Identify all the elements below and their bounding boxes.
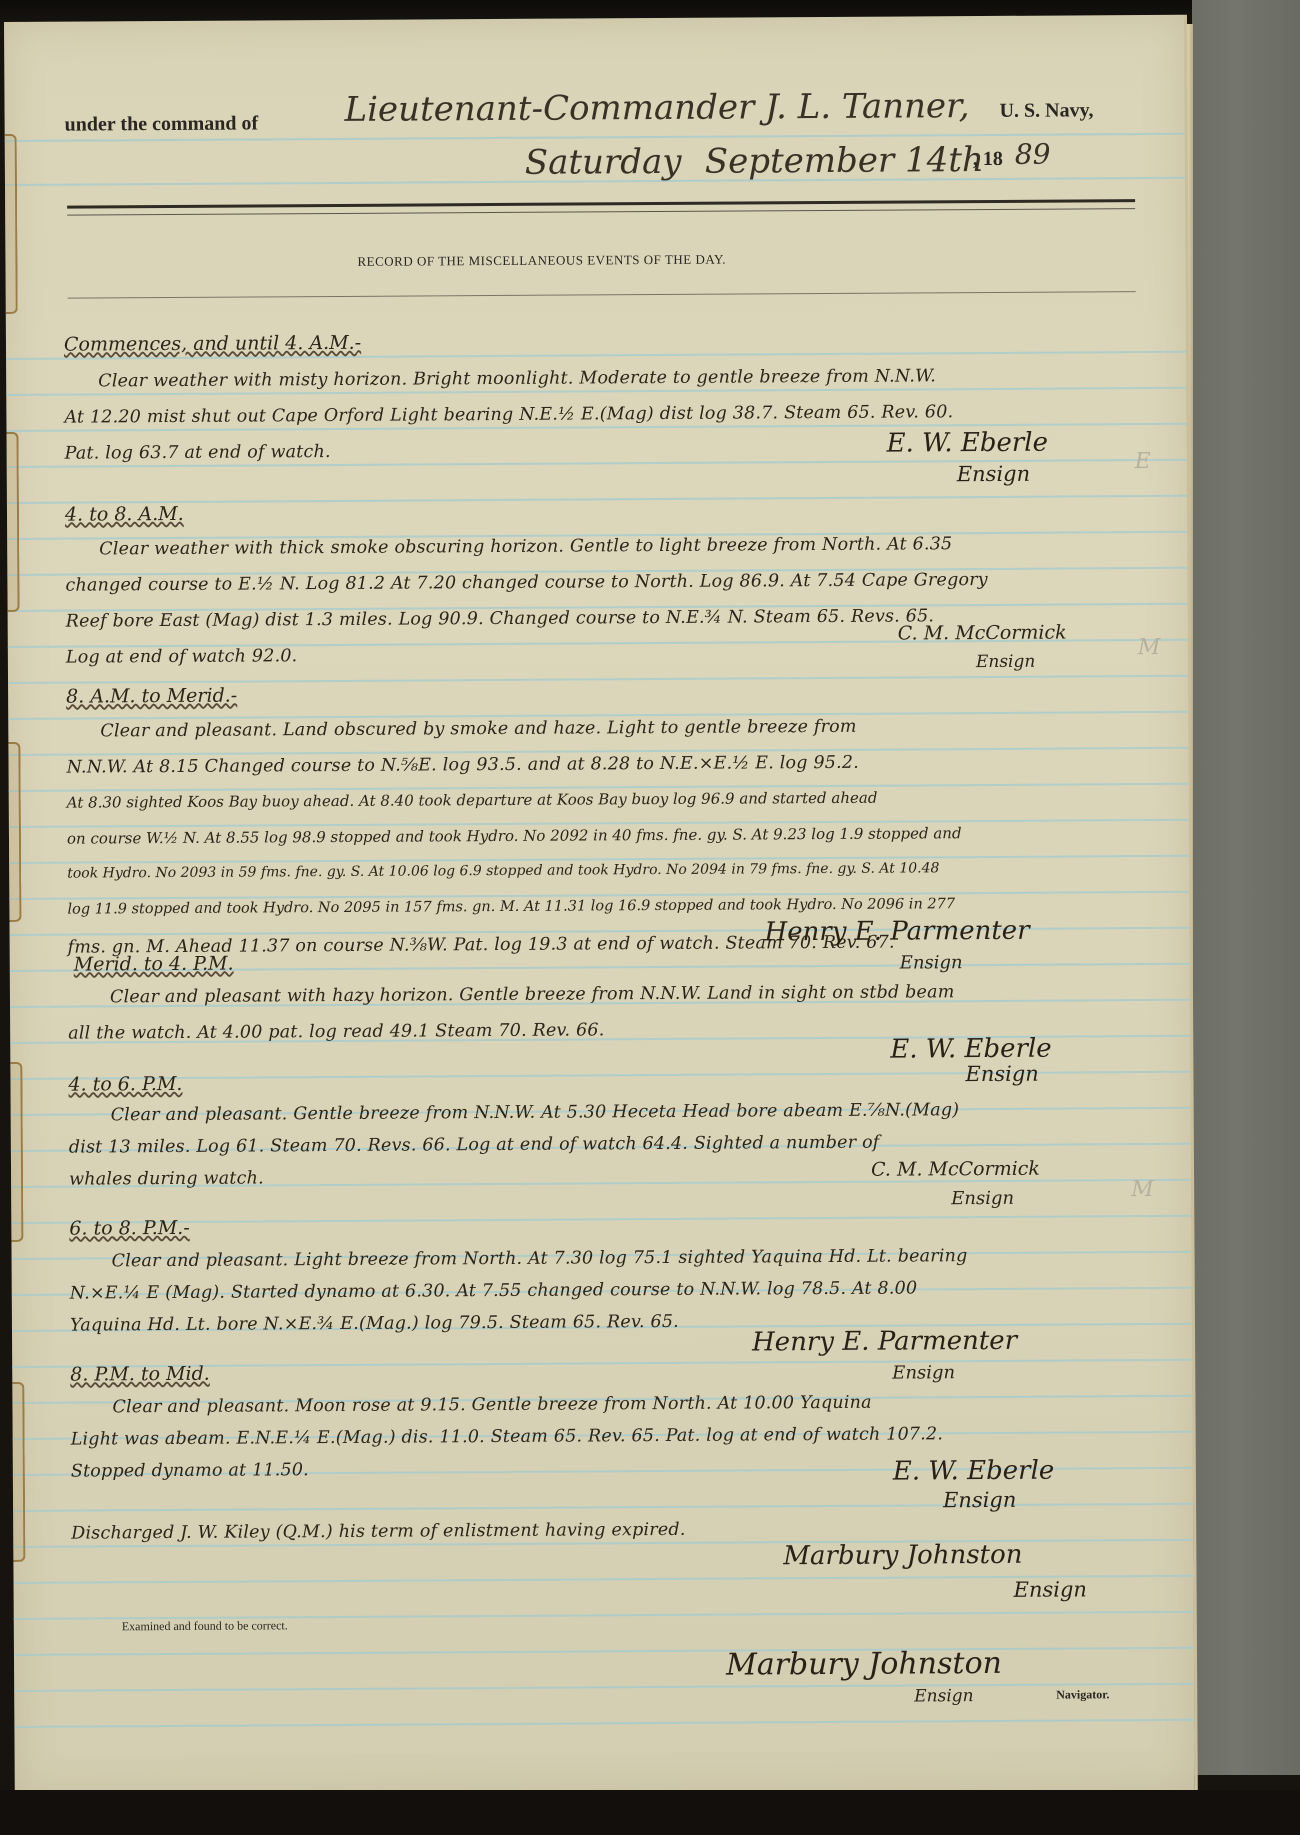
binding-tab xyxy=(8,742,21,922)
officer-rank: Ensign xyxy=(957,462,1030,486)
officer-signature: E. W. Eberle xyxy=(890,1034,1052,1065)
commander-name: Lieutenant-Commander J. L. Tanner, xyxy=(344,86,969,130)
watch-line: N.×E.¼ E (Mag). Started dynamo at 6.30. … xyxy=(70,1278,918,1303)
binding-tab xyxy=(12,1382,25,1562)
watch-line: Yaquina Hd. Lt. bore N.×E.¾ E.(Mag.) log… xyxy=(70,1312,679,1336)
watch-line: Stopped dynamo at 11.50. xyxy=(71,1460,309,1481)
watch-line: all the watch. At 4.00 pat. log read 49.… xyxy=(68,1020,604,1043)
watch-line: Clear and pleasant. Moon rose at 9.15. G… xyxy=(112,1393,871,1418)
officer-rank: Ensign xyxy=(976,652,1035,672)
watch-line: Reef bore East (Mag) dist 1.3 miles. Log… xyxy=(66,606,935,631)
watch-line: Clear and pleasant. Light breeze from No… xyxy=(112,1246,968,1271)
watch-line: Light was abeam. E.N.E.¼ E.(Mag.) dis. 1… xyxy=(71,1424,944,1449)
officer-signature: Henry E. Parmenter xyxy=(752,1326,1017,1358)
margin-mark: M xyxy=(1131,1177,1154,1202)
remarks-text: Discharged J. W. Kiley (Q.M.) his term o… xyxy=(71,1520,685,1544)
watch-line: Clear weather with thick smoke obscuring… xyxy=(99,534,952,559)
watch-heading: 4. to 8. A.M. xyxy=(65,503,184,526)
officer-rank: Ensign xyxy=(951,1188,1014,1209)
scan-backdrop-bottom xyxy=(0,1790,1300,1835)
officer-signature: Henry E. Parmenter xyxy=(764,916,1029,948)
watch-line: Log at end of watch 92.0. xyxy=(66,646,298,667)
watch-heading: 8. A.M. to Merid.- xyxy=(66,685,237,708)
officer-rank: Ensign xyxy=(892,1362,955,1383)
watch-heading: 8. P.M. to Mid. xyxy=(70,1363,210,1386)
navigator-rank: Ensign xyxy=(914,1686,973,1706)
watch-heading: 4. to 6. P.M. xyxy=(68,1073,182,1096)
officer-rank: Ensign xyxy=(943,1488,1016,1512)
watch-line: At 8.30 sighted Koos Bay buoy ahead. At … xyxy=(67,789,878,812)
date-month-day: September 14th xyxy=(705,140,984,182)
watch-line: Pat. log 63.7 at end of watch. xyxy=(65,442,331,464)
ruled-line xyxy=(14,1719,1194,1728)
ruled-line xyxy=(8,675,1188,684)
section-rule xyxy=(68,291,1136,299)
ruled-line xyxy=(14,1647,1194,1656)
binding-tab xyxy=(10,1062,23,1242)
navigator-label: Navigator. xyxy=(1056,1687,1109,1702)
watch-heading: 6. to 8. P.M.- xyxy=(69,1217,189,1240)
date-day: Saturday xyxy=(525,142,682,183)
logbook-page: under the command of Lieutenant-Commande… xyxy=(4,15,1198,1798)
year-suffix: 89 xyxy=(1015,138,1051,171)
officer-rank: Ensign xyxy=(965,1062,1038,1086)
section-title: RECORD OF THE MISCELLANEOUS EVENTS OF TH… xyxy=(357,252,726,270)
watch-line: changed course to E.½ N. Log 81.2 At 7.2… xyxy=(65,570,988,596)
officer-signature: E. W. Eberle xyxy=(893,1456,1055,1487)
watch-line: At 12.20 mist shut out Cape Orford Light… xyxy=(64,402,953,427)
service-label: U. S. Navy, xyxy=(999,99,1093,123)
command-label: under the command of xyxy=(65,112,259,136)
header-double-rule xyxy=(67,199,1135,216)
watch-line: log 11.9 stopped and took Hydro. No 2095… xyxy=(67,896,955,917)
margin-mark: M xyxy=(1138,635,1161,660)
binding-tab xyxy=(7,432,20,612)
watch-line: N.N.W. At 8.15 Changed course to N.⅝E. l… xyxy=(66,753,859,778)
watch-line: took Hydro. No 2093 in 59 fms. fne. gy. … xyxy=(67,860,939,881)
watch-line: Clear weather with misty horizon. Bright… xyxy=(98,366,936,391)
watch-line: dist 13 miles. Log 61. Steam 70. Revs. 6… xyxy=(69,1133,880,1158)
officer-signature: C. M. McCormick xyxy=(898,622,1067,645)
examined-label: Examined and found to be correct. xyxy=(122,1618,288,1634)
watch-line: Clear and pleasant. Land obscured by smo… xyxy=(100,717,856,742)
scan-backdrop-right xyxy=(1192,0,1300,1775)
watch-line: Clear and pleasant with hazy horizon. Ge… xyxy=(110,982,955,1007)
watch-heading: Commences, and until 4. A.M.- xyxy=(64,332,361,356)
year-prefix: , 18 xyxy=(973,148,1003,171)
watch-heading: Merid. to 4. P.M. xyxy=(74,953,234,976)
officer-signature: C. M. McCormick xyxy=(871,1158,1040,1181)
officer-rank: Ensign xyxy=(900,952,963,973)
watch-line: whales during watch. xyxy=(69,1168,264,1189)
navigator-signature: Marbury Johnston xyxy=(726,1646,1002,1683)
remarks-rank: Ensign xyxy=(1014,1577,1087,1601)
officer-signature: E. W. Eberle xyxy=(887,428,1049,459)
watch-line: on course W.½ N. At 8.55 log 98.9 stoppe… xyxy=(67,824,962,847)
margin-mark: E xyxy=(1135,449,1151,474)
remarks-signature: Marbury Johnston xyxy=(783,1540,1022,1571)
watch-line: Clear and pleasant. Gentle breeze from N… xyxy=(111,1100,960,1125)
ruled-line xyxy=(14,1683,1194,1692)
binding-tab xyxy=(5,134,18,314)
